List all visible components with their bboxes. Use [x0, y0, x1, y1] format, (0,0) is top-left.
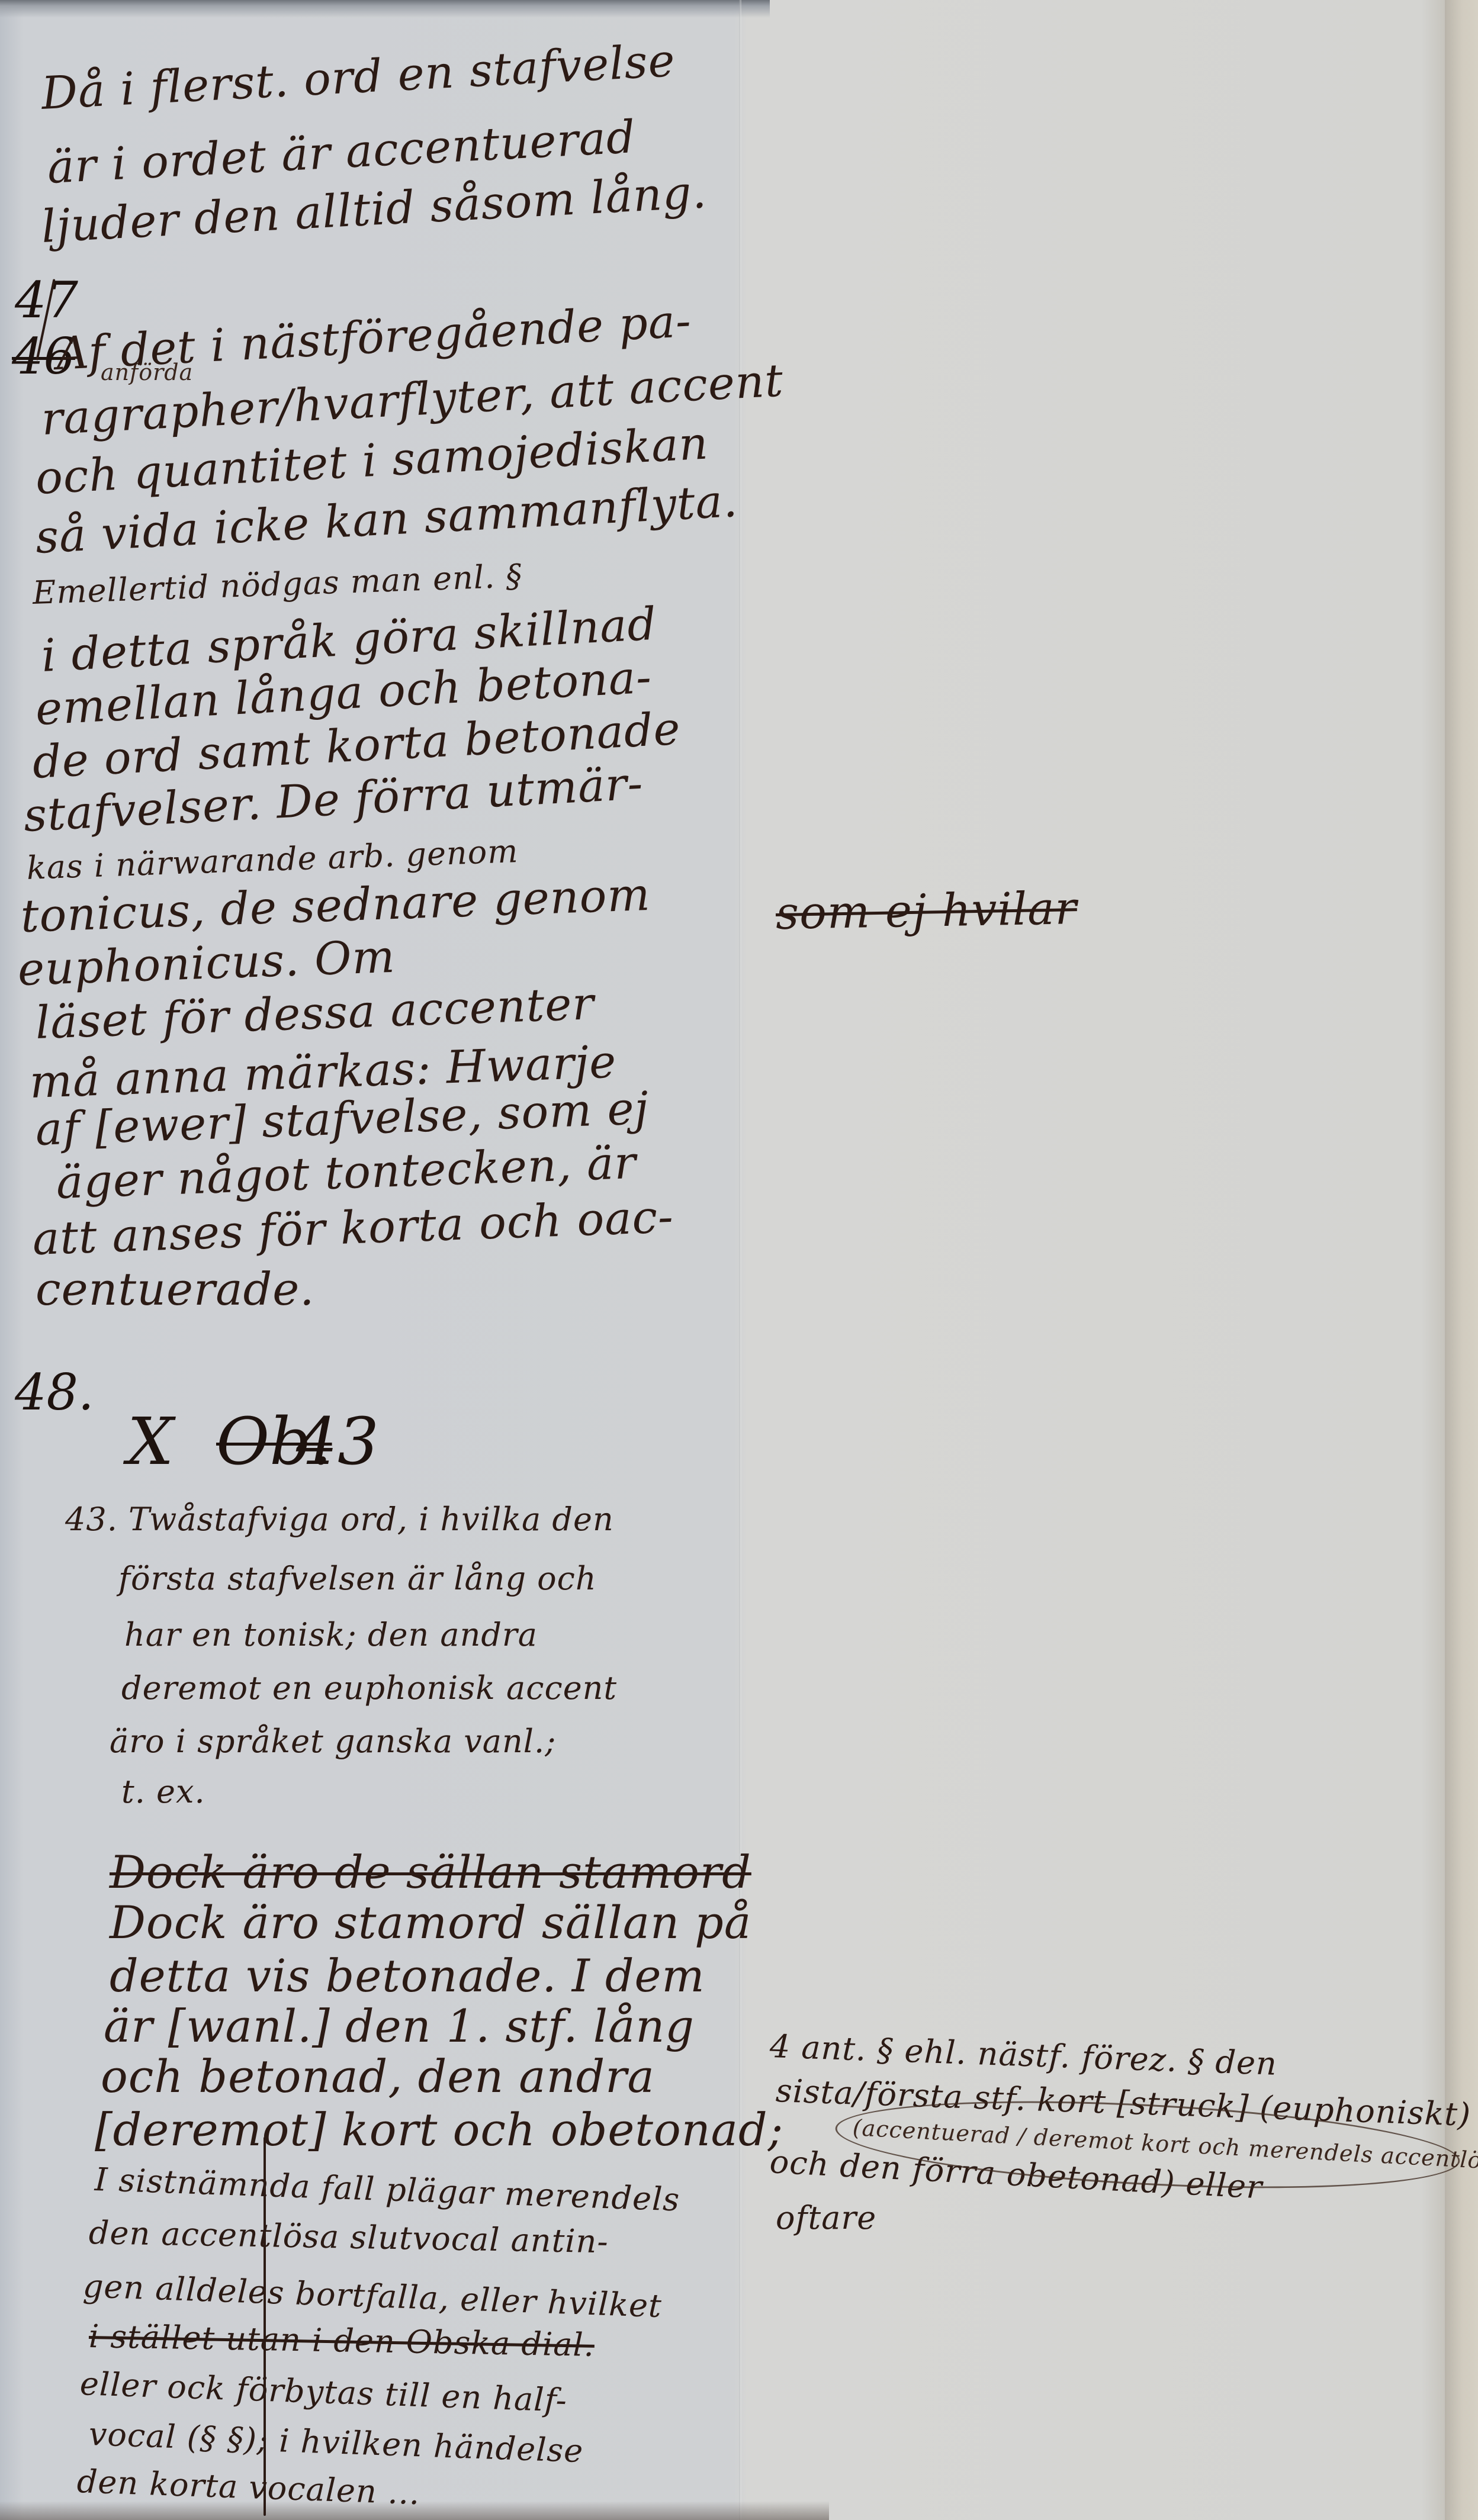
struck-line: Dock äro de sällan stamord	[110, 1850, 751, 1895]
struck-fragment: i stället utan i den Obska dial.	[89, 2321, 595, 2361]
marginal-note-line: oftare	[776, 2202, 876, 2234]
marginal-struck-text: som ej hvilar	[775, 886, 1077, 936]
text-line: har en tonisk; den andra	[124, 1619, 538, 1651]
vertical-insertion-line	[264, 2137, 266, 2516]
cross-mark: X	[127, 1409, 173, 1474]
text-line: t. ex.	[121, 1776, 205, 1808]
page-top-edge-shadow	[0, 0, 770, 18]
text-line: detta vis betonade. I dem	[110, 1953, 705, 1998]
text-line: första stafvelsen är lång och	[118, 1563, 597, 1595]
text-line: är [wanl.] den 1. stf. lång	[104, 2004, 695, 2049]
text-line: centuerade.	[36, 1267, 314, 1312]
text-line: äro i språket ganska vanl.;	[110, 1726, 556, 1758]
page-right-edge	[1445, 0, 1478, 2520]
text-line: Dock äro stamord sällan på	[110, 1900, 751, 1945]
text-line: och betonad, den andra	[101, 2054, 655, 2099]
text-line: deremot en euphonisk accent	[121, 1672, 617, 1704]
text-line-euphonicus: euphonicus. Om	[17, 934, 396, 992]
text-line: [deremot] kort och obetonad;	[95, 2107, 783, 2152]
section-number: 48.	[15, 1367, 94, 1417]
text-line: den accentlösa slutvocal antin-	[89, 2217, 609, 2258]
text-line: 43. Twåstafviga ord, i hvilka den	[65, 1504, 614, 1536]
heading-number: 43	[296, 1409, 379, 1474]
